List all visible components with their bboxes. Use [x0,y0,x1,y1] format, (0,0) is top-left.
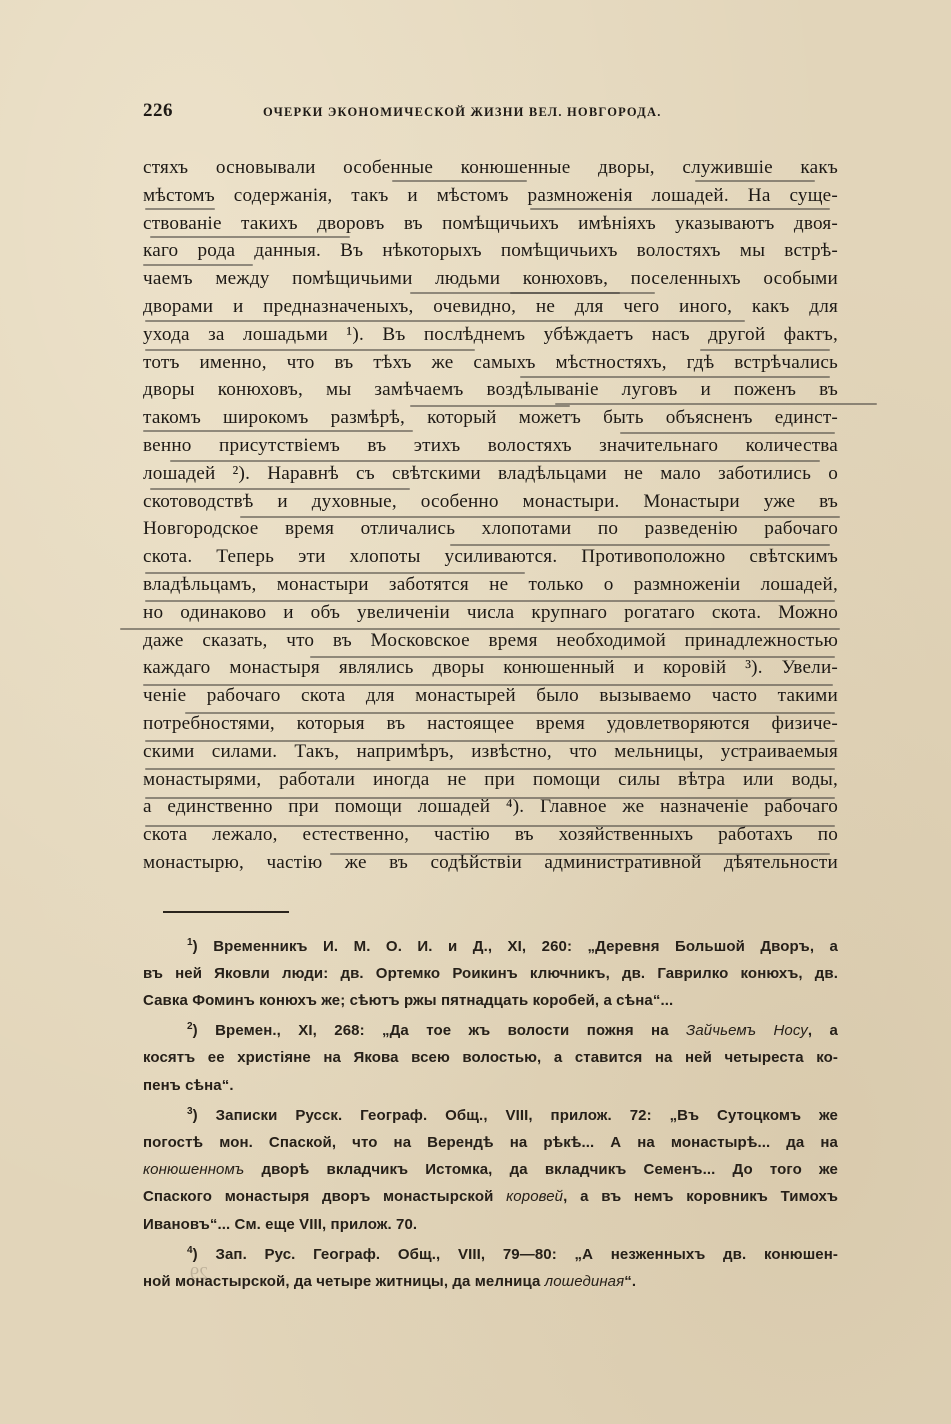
running-head: ОЧЕРКИ ЭКОНОМИЧЕСКОЙ ЖИЗНИ ВЕЛ. НОВГОРОД… [263,105,662,120]
footnote-marker: 1 [187,937,193,948]
footnote: 3) Записки Русск. Географ. Общ., VIII, п… [143,1102,838,1238]
footnote-line: погостѣ мон. Спаской, что на Верендѣ на … [143,1129,838,1156]
text-line: такомъ широкомъ размѣрѣ, который можетъ … [143,404,838,432]
text-line: тотъ именно, что въ тѣхъ же самыхъ мѣстн… [143,349,838,377]
footnote: 4) Зап. Рус. Географ. Общ., VIII, 79—80:… [143,1241,838,1295]
text-line: монастырю, частію же въ содѣйствіи админ… [143,849,838,877]
footnote-line: Спаского монастыря дворъ монастырской ко… [143,1183,838,1210]
show-through-text: 29 [190,1263,208,1284]
text-line: а единственно при помощи лошадей ⁴). Гла… [143,793,838,821]
text-line: но одинаково и объ увеличеніи числа круп… [143,599,838,627]
text-line: даже сказать, что въ Московское время не… [143,627,838,655]
footnote: 1) Временникъ И. М. О. И. и Д., XI, 260:… [143,933,838,1015]
text-line: дворы конюховъ, мы замѣчаемъ воздѣлывані… [143,376,838,404]
text-line: монастырями, работали иногда не при помо… [143,766,838,794]
main-text: стяхъ основывали особенные конюшенные дв… [143,154,838,877]
text-line: Новгородское время отличались хлопотами … [143,515,838,543]
book-page: 226 ОЧЕРКИ ЭКОНОМИЧЕСКОЙ ЖИЗНИ ВЕЛ. НОВГ… [143,100,838,1298]
text-line: скотоводствѣ и духовные, особенно монаст… [143,488,838,516]
text-line: каждаго монастыря являлись дворы конюшен… [143,654,838,682]
text-line: лошадей ²). Наравнѣ съ свѣтскими владѣль… [143,460,838,488]
footnote-line: косятъ ее христіяне на Якова всею волост… [143,1044,838,1071]
text-line: скими силами. Такъ, напримѣръ, извѣстно,… [143,738,838,766]
footnote-line: конюшенномъ дворѣ вкладчикъ Истомка, да … [143,1156,838,1183]
text-line: дворами и предназначеныхъ, очевидно, не … [143,293,838,321]
footnote-marker: 4 [187,1245,193,1256]
text-line: мѣстомъ содержанія, такъ и мѣстомъ размн… [143,182,838,210]
footnote-separator [163,911,289,913]
footnotes: 1) Временникъ И. М. О. И. и Д., XI, 260:… [143,933,838,1298]
footnote-line: ной монастырской, да четыре житницы, да … [143,1268,838,1295]
footnote-line: 2) Времен., XI, 268: „Да тое жъ волости … [143,1017,838,1044]
page-number: 226 [143,100,263,122]
text-line: скота лежало, естественно, частію въ хоз… [143,821,838,849]
footnote-line: Ивановъ“... См. еще VIII, прилож. 70. [143,1211,838,1238]
footnote-line: 4) Зап. Рус. Географ. Общ., VIII, 79—80:… [143,1241,838,1268]
footnote-line: въ ней Яковли люди: дв. Ортемко Роикинъ … [143,960,838,987]
footnote-line: 1) Временникъ И. М. О. И. и Д., XI, 260:… [143,933,838,960]
text-line: потребностями, которыя въ настоящее врем… [143,710,838,738]
text-line: ствованіе такихъ дворовъ въ помѣщичьихъ … [143,210,838,238]
footnote-line: Савка Фоминъ конюхъ же; сѣютъ ржы пятнад… [143,987,838,1014]
text-line: каго рода данныя. Въ нѣкоторыхъ помѣщичь… [143,237,838,265]
text-line: ченіе рабочаго скота для монастырей было… [143,682,838,710]
text-line: скота. Теперь эти хлопоты усиливаются. П… [143,543,838,571]
text-line: чаемъ между помѣщичьими людьми конюховъ,… [143,265,838,293]
footnote-marker: 2 [187,1021,193,1032]
text-line: ухода за лошадьми ¹). Въ послѣднемъ убѣж… [143,321,838,349]
footnote-line: 3) Записки Русск. Географ. Общ., VIII, п… [143,1102,838,1129]
text-line: венно присутствіемъ въ этихъ волостяхъ з… [143,432,838,460]
page-header: 226 ОЧЕРКИ ЭКОНОМИЧЕСКОЙ ЖИЗНИ ВЕЛ. НОВГ… [143,100,838,132]
footnote: 2) Времен., XI, 268: „Да тое жъ волости … [143,1017,838,1099]
footnote-line: пенъ сѣна“. [143,1072,838,1099]
text-line: владѣльцамъ, монастыри заботятся не толь… [143,571,838,599]
text-line: стяхъ основывали особенные конюшенные дв… [143,154,838,182]
footnote-marker: 3 [187,1106,193,1117]
